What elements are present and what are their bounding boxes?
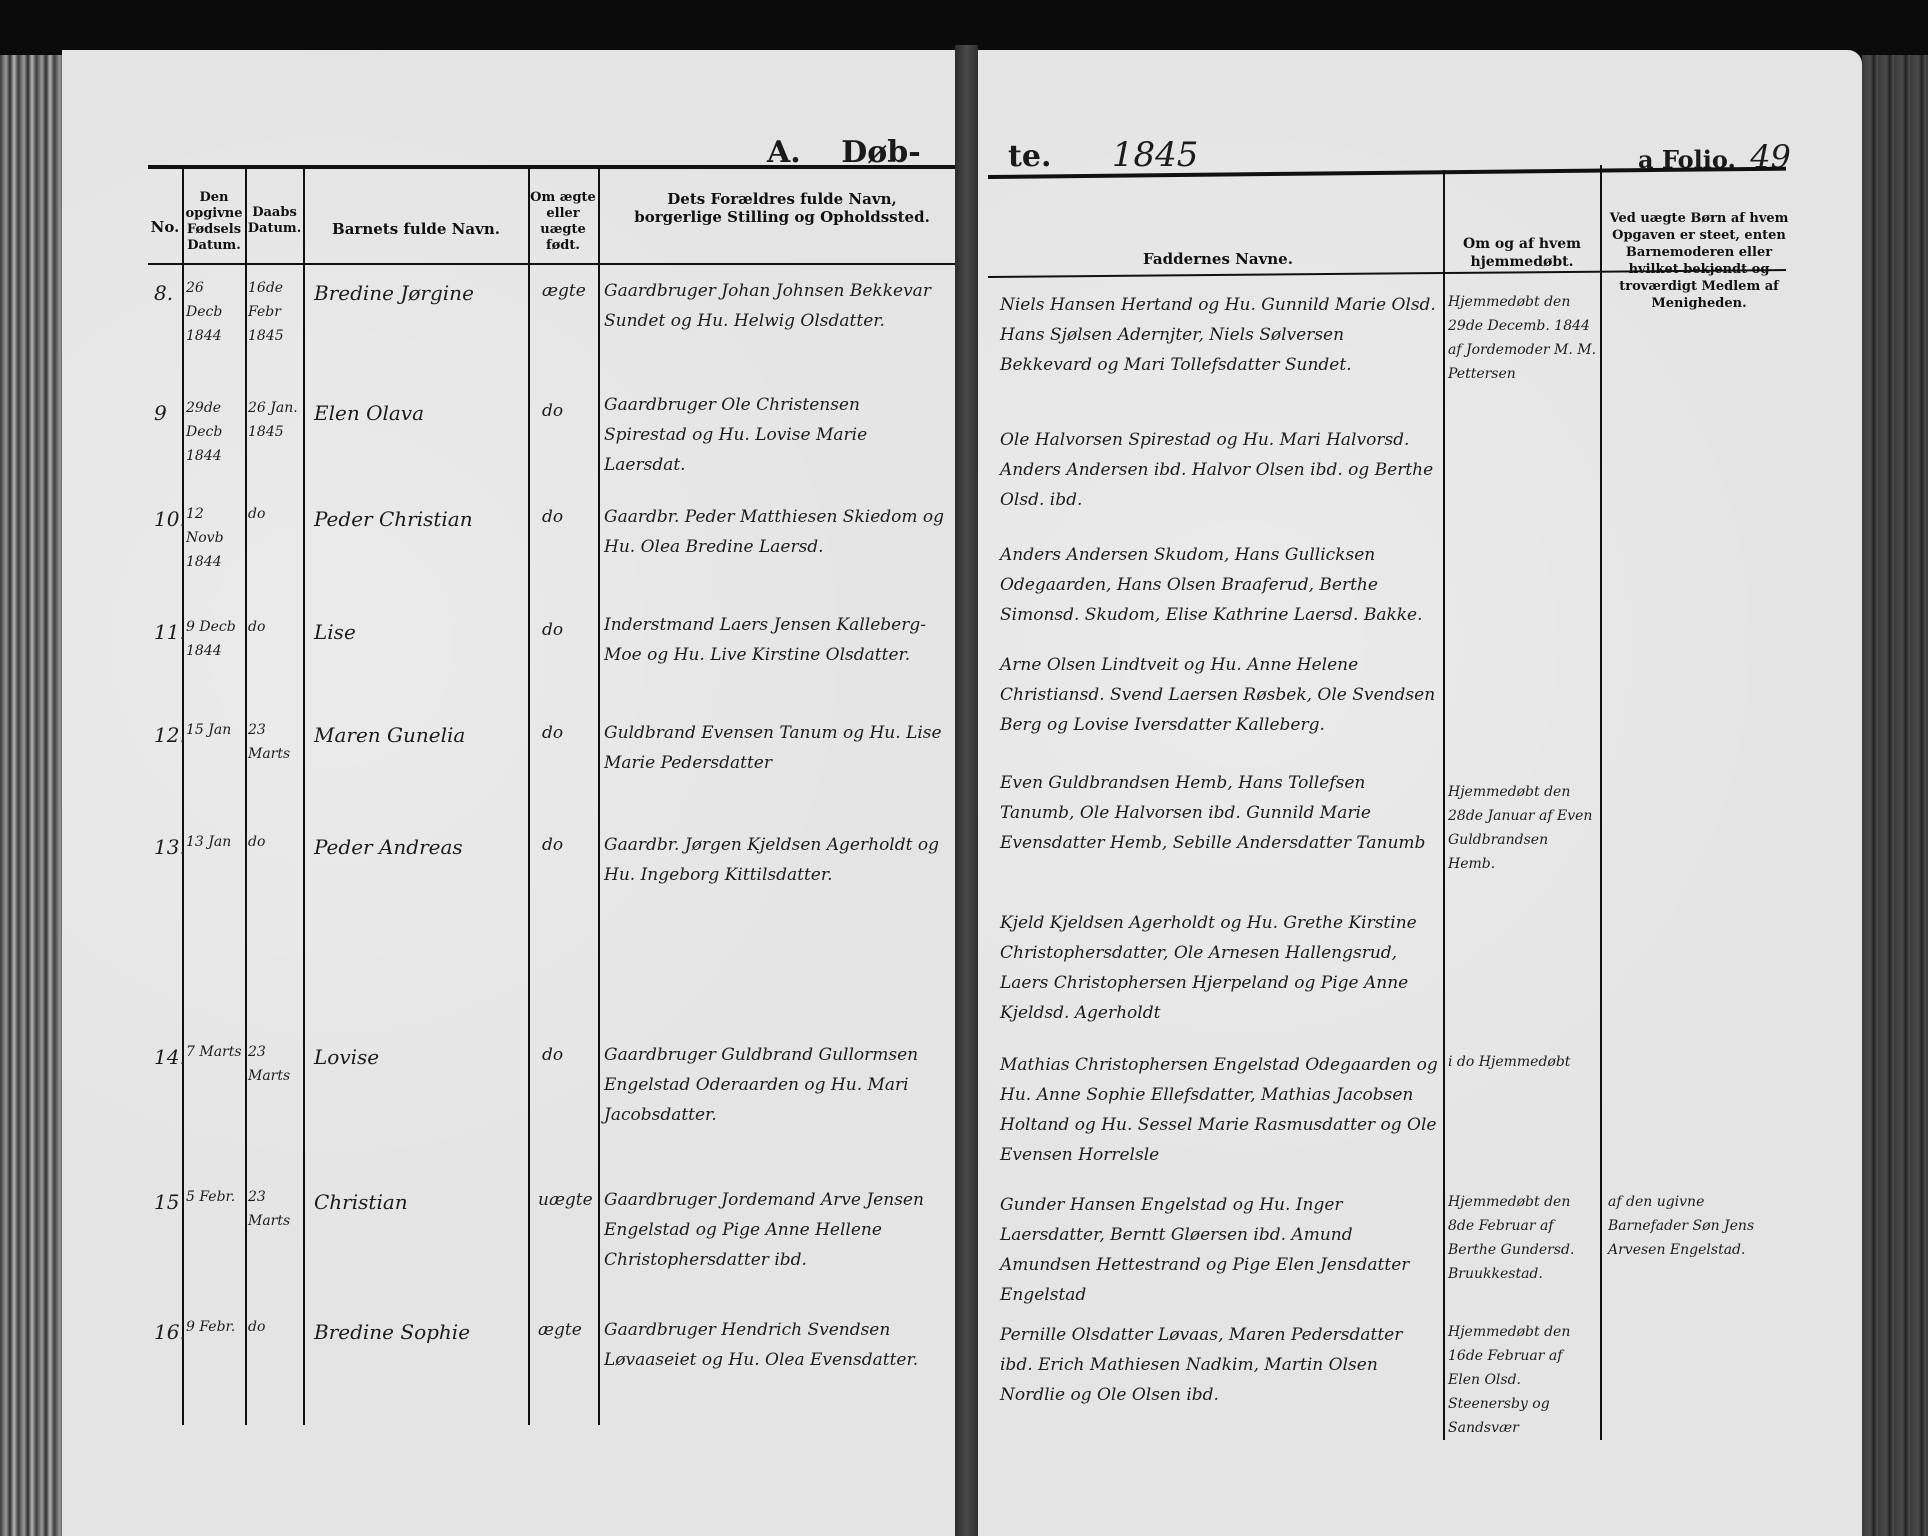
entry-parents: Gaardbruger Johan Johnsen Bekkevar Sunde… bbox=[604, 276, 944, 336]
entry-parents: Gaardbruger Jordemand Arve Jensen Engels… bbox=[604, 1185, 944, 1275]
book-page-edges-right bbox=[1862, 55, 1928, 1536]
entry-no: 10. bbox=[154, 502, 186, 536]
header-child-name: Barnets fulde Navn. bbox=[305, 220, 527, 238]
entry-birth-date: 13 Jan bbox=[186, 830, 244, 854]
entry-birth-date: 15 Jan bbox=[186, 718, 244, 742]
entry-legitimacy: ægte bbox=[542, 276, 586, 306]
entry-parents: Gaardbruger Guldbrand Gullormsen Engelst… bbox=[604, 1040, 944, 1130]
entry-child-name: Bredine Jørgine bbox=[314, 276, 474, 310]
entry-child-name: Peder Andreas bbox=[314, 830, 463, 864]
entry-12-home-baptism: Hjemmedøbt den 28de Januar af Even Guldb… bbox=[1448, 780, 1598, 876]
entry-12-sponsors: Even Guldbrandsen Hemb, Hans Tollefsen T… bbox=[1000, 768, 1440, 858]
entry-legitimacy: do bbox=[542, 615, 563, 645]
entry-legitimacy: ægte bbox=[538, 1315, 582, 1345]
column-divider bbox=[245, 165, 247, 1425]
entry-birth-date: 9 Febr. bbox=[186, 1315, 244, 1339]
header-top-rule bbox=[148, 165, 955, 169]
column-divider bbox=[598, 165, 600, 1425]
header-sponsors: Faddernes Navne. bbox=[1018, 250, 1418, 268]
entry-baptism-date: 16de Febr 1845 bbox=[248, 276, 302, 348]
page-title-right: te. 1845 bbox=[1008, 135, 1198, 175]
left-page: A. Døb- No. Den opgivne Fødsels Datum. D… bbox=[62, 50, 955, 1536]
entry-child-name: Bredine Sophie bbox=[314, 1315, 470, 1349]
header-bottom-rule bbox=[148, 263, 955, 265]
entry-parents: Guldbrand Evensen Tanum og Hu. Lise Mari… bbox=[604, 718, 944, 778]
entry-8-home-baptism: Hjemmedøbt den 29de Decemb. 1844 af Jord… bbox=[1448, 290, 1598, 386]
entry-baptism-date: do bbox=[248, 502, 302, 526]
header-illegitimate-note: Ved uægte Børn af hvem Opgaven er steet,… bbox=[1606, 210, 1792, 312]
header-legitimacy: Om ægte eller uægte født. bbox=[530, 190, 596, 254]
entry-no: 16. bbox=[154, 1315, 186, 1349]
entry-parents: Gaardbruger Ole Christensen Spirestad og… bbox=[604, 390, 944, 480]
entry-legitimacy: do bbox=[542, 502, 563, 532]
entry-legitimacy: uægte bbox=[538, 1185, 593, 1215]
entry-baptism-date: 23 Marts bbox=[248, 1040, 302, 1088]
entry-no: 13. bbox=[154, 830, 186, 864]
entry-baptism-date: 26 Jan. 1845 bbox=[248, 396, 302, 444]
year: 1845 bbox=[1112, 135, 1199, 175]
entry-legitimacy: do bbox=[542, 830, 563, 860]
column-divider bbox=[528, 165, 530, 1425]
entry-14-home-baptism: i do Hjemmedøbt bbox=[1448, 1050, 1598, 1074]
entry-14-sponsors: Mathias Christophersen Engelstad Odegaar… bbox=[1000, 1050, 1440, 1170]
entry-child-name: Christian bbox=[314, 1185, 408, 1219]
entry-birth-date: 26 Decb 1844 bbox=[186, 276, 244, 348]
entry-no: 9 bbox=[154, 396, 167, 430]
book-gutter bbox=[955, 45, 978, 1536]
entry-8-sponsors: Niels Hansen Hertand og Hu. Gunnild Mari… bbox=[1000, 290, 1440, 380]
entry-baptism-date: 23 Marts bbox=[248, 718, 302, 766]
entry-parents: Inderstmand Laers Jensen Kalleberg-Moe o… bbox=[604, 610, 944, 670]
entry-birth-date: 29de Decb 1844 bbox=[186, 396, 244, 468]
entry-15-illegitimate-note: af den ugivne Barnefader Søn Jens Arvese… bbox=[1608, 1190, 1788, 1262]
column-divider bbox=[1600, 165, 1602, 1440]
entry-legitimacy: do bbox=[542, 718, 563, 748]
entry-birth-date: 9 Decb 1844 bbox=[186, 615, 244, 663]
header-birth-date: Den opgivne Fødsels Datum. bbox=[184, 190, 244, 254]
entry-15-sponsors: Gunder Hansen Engelstad og Hu. Inger Lae… bbox=[1000, 1190, 1440, 1310]
column-divider bbox=[182, 165, 184, 1425]
entry-11-sponsors: Arne Olsen Lindtveit og Hu. Anne Helene … bbox=[1000, 650, 1440, 740]
entry-child-name: Peder Christian bbox=[314, 502, 473, 536]
entry-baptism-date: do bbox=[248, 1315, 302, 1339]
entry-baptism-date: 23 Marts bbox=[248, 1185, 302, 1233]
entry-child-name: Maren Gunelia bbox=[314, 718, 465, 752]
entry-15-home-baptism: Hjemmedøbt den 8de Februar af Berthe Gun… bbox=[1448, 1190, 1598, 1286]
header-parents: Dets Forældres fulde Navn, borgerlige St… bbox=[622, 190, 942, 226]
title-word-part-right: te. bbox=[1008, 139, 1051, 174]
entry-no: 12. bbox=[154, 718, 186, 752]
entry-birth-date: 7 Marts bbox=[186, 1040, 244, 1064]
entry-parents: Gaardbr. Peder Matthiesen Skiedom og Hu.… bbox=[604, 502, 944, 562]
book-page-edges-left bbox=[0, 55, 62, 1536]
header-no: No. bbox=[148, 218, 182, 236]
entry-birth-date: 5 Febr. bbox=[186, 1185, 244, 1209]
entry-legitimacy: do bbox=[542, 396, 563, 426]
entry-baptism-date: do bbox=[248, 830, 302, 854]
entry-9-sponsors: Ole Halvorsen Spirestad og Hu. Mari Halv… bbox=[1000, 425, 1440, 515]
column-divider bbox=[1443, 170, 1445, 1440]
entry-no: 8. bbox=[154, 276, 173, 310]
entry-child-name: Lovise bbox=[314, 1040, 379, 1074]
entry-child-name: Lise bbox=[314, 615, 356, 649]
entry-birth-date: 12 Novb 1844 bbox=[186, 502, 244, 574]
entry-no: 15 bbox=[154, 1185, 179, 1219]
header-home-baptism: Om og af hvem hjemmedøbt. bbox=[1448, 235, 1596, 271]
entry-parents: Gaardbr. Jørgen Kjeldsen Agerholdt og Hu… bbox=[604, 830, 944, 890]
entry-16-home-baptism: Hjemmedøbt den 16de Februar af Elen Olsd… bbox=[1448, 1320, 1598, 1440]
entry-16-sponsors: Pernille Olsdatter Løvaas, Maren Pedersd… bbox=[1000, 1320, 1440, 1410]
entry-13-sponsors: Kjeld Kjeldsen Agerholdt og Hu. Grethe K… bbox=[1000, 908, 1440, 1028]
entry-parents: Gaardbruger Hendrich Svendsen Løvaaseiet… bbox=[604, 1315, 944, 1375]
column-divider bbox=[303, 165, 305, 1425]
entry-no: 14. bbox=[154, 1040, 186, 1074]
entry-10-sponsors: Anders Andersen Skudom, Hans Gullicksen … bbox=[1000, 540, 1440, 630]
right-page: te. 1845 a Folio. 49 Faddernes Navne. Om… bbox=[978, 50, 1862, 1536]
header-baptism-date: Daabs Datum. bbox=[247, 205, 302, 237]
entry-legitimacy: do bbox=[542, 1040, 563, 1070]
entry-no: 11. bbox=[154, 615, 186, 649]
entry-baptism-date: do bbox=[248, 615, 302, 639]
entry-child-name: Elen Olava bbox=[314, 396, 424, 430]
